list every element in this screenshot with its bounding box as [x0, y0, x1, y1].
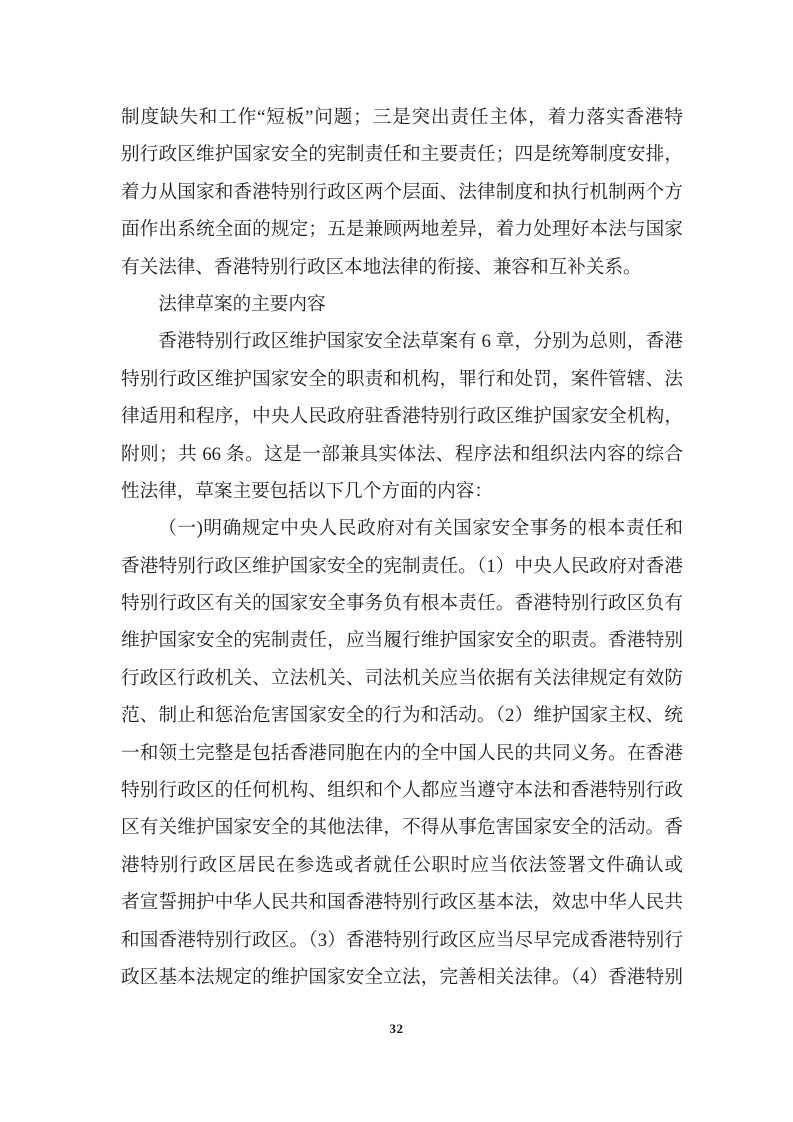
text-line: 者宣誓拥护中华人民共和国香港特别行政区基本法，效忠中华人民共 — [121, 884, 683, 921]
text-line: 行政区行政机关、立法机关、司法机关应当依据有关法律规定有效防 — [121, 660, 683, 697]
text-line: 着力从国家和香港特别行政区两个层面、法律制度和执行机制两个方 — [121, 174, 683, 211]
text-line: 性法律，草案主要包括以下几个方面的内容： — [121, 473, 683, 510]
text-line: 维护国家安全的宪制责任，应当履行维护国家安全的职责。香港特别 — [121, 622, 683, 659]
text-line: 香港特别行政区维护国家安全法草案有 6 章，分别为总则，香港 — [121, 323, 683, 360]
text-line: 香港特别行政区维护国家安全的宪制责任。（1）中央人民政府对香港 — [121, 548, 683, 585]
text-line: 政区基本法规定的维护国家安全立法，完善相关法律。（4）香港特别 — [121, 959, 683, 996]
text-line: 有关法律、香港特别行政区本地法律的衔接、兼容和互补关系。 — [121, 249, 683, 286]
text-line: 附则；共 66 条。这是一部兼具实体法、程序法和组织法内容的综合 — [121, 436, 683, 473]
document-text-block: 制度缺失和工作“短板”问题；三是突出责任主体，着力落实香港特 别行政区维护国家安… — [121, 99, 683, 996]
page-number: 32 — [0, 1021, 793, 1037]
text-line: 面作出系统全面的规定；五是兼顾两地差异，着力处理好本法与国家 — [121, 211, 683, 248]
text-line: 特别行政区的任何机构、组织和个人都应当遵守本法和香港特别行政 — [121, 772, 683, 809]
document-page: 制度缺失和工作“短板”问题；三是突出责任主体，着力落实香港特 别行政区维护国家安… — [0, 0, 793, 1122]
text-line: 和国香港特别行政区。（3）香港特别行政区应当尽早完成香港特别行 — [121, 922, 683, 959]
text-line: （一)明确规定中央人民政府对有关国家安全事务的根本责任和 — [121, 510, 683, 547]
text-line: 别行政区维护国家安全的宪制责任和主要责任；四是统筹制度安排， — [121, 136, 683, 173]
section-heading: 法律草案的主要内容 — [121, 286, 683, 323]
text-line: 港特别行政区居民在参选或者就任公职时应当依法签署文件确认或 — [121, 847, 683, 884]
text-line: 律适用和程序，中央人民政府驻香港特别行政区维护国家安全机构， — [121, 398, 683, 435]
text-line: 区有关维护国家安全的其他法律，不得从事危害国家安全的活动。香 — [121, 809, 683, 846]
text-line: 范、制止和惩治危害国家安全的行为和活动。（2）维护国家主权、统 — [121, 697, 683, 734]
text-line: 一和领土完整是包括香港同胞在内的全中国人民的共同义务。在香港 — [121, 735, 683, 772]
text-line: 特别行政区有关的国家安全事务负有根本责任。香港特别行政区负有 — [121, 585, 683, 622]
text-line: 制度缺失和工作“短板”问题；三是突出责任主体，着力落实香港特 — [121, 99, 683, 136]
text-line: 特别行政区维护国家安全的职责和机构，罪行和处罚，案件管辖、法 — [121, 361, 683, 398]
